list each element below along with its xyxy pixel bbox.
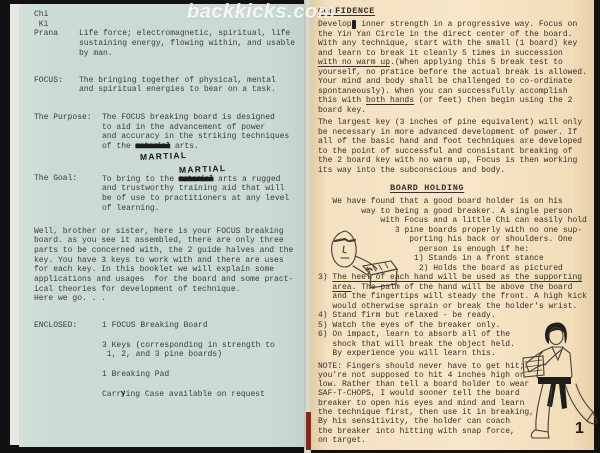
enclosed-items: 1 FOCUS Breaking Board 3 Keys (correspon… bbox=[102, 321, 298, 400]
enclosed-label: ENCLOSED: bbox=[34, 321, 102, 331]
purpose-label: The Purpose: bbox=[34, 113, 102, 123]
terms-definition: Life force; electromagnetic, spiritual, … bbox=[79, 10, 298, 59]
page-edge-strip bbox=[10, 4, 19, 445]
karate-breaker-stance-sketch-icon bbox=[521, 320, 600, 446]
intro-paragraph: Well, brother or sister, here is your FO… bbox=[34, 227, 298, 305]
goal-text: MARTIALTo bring to the material arts a r… bbox=[102, 165, 298, 214]
right-page: CONFIDENCE Develops inner strength in a … bbox=[311, 0, 594, 450]
focus-block: FOCUS: The bringing together of physical… bbox=[34, 76, 298, 95]
goal-block: The Goal: MARTIALTo bring to the materia… bbox=[34, 165, 298, 214]
page-number: 1 bbox=[575, 420, 584, 438]
focus-label: FOCUS: bbox=[34, 76, 79, 86]
left-page-content: Chi KiPrana Life force; electromagnetic,… bbox=[34, 10, 298, 400]
board-holder-closeup-sketch-icon bbox=[317, 226, 405, 296]
confidence-paragraph-2: The largest key (3 inches of pine equiva… bbox=[318, 118, 592, 175]
terms-block: Chi KiPrana Life force; electromagnetic,… bbox=[34, 10, 298, 59]
enclosed-block: ENCLOSED: 1 FOCUS Breaking Board 3 Keys … bbox=[34, 321, 298, 400]
confidence-heading: CONFIDENCE bbox=[318, 6, 592, 16]
left-page: Chi KiPrana Life force; electromagnetic,… bbox=[19, 4, 304, 447]
purpose-block: The Purpose: The FOCUS breaking board is… bbox=[34, 113, 298, 162]
confidence-paragraph-1: Develops inner strength in a progressive… bbox=[318, 20, 592, 115]
scanned-booklet-photo: Chi KiPrana Life force; electromagnetic,… bbox=[0, 0, 600, 453]
goal-label: The Goal: bbox=[34, 165, 102, 184]
board-holding-heading: BOARD HOLDING bbox=[390, 183, 592, 193]
focus-text: The bringing together of physical, menta… bbox=[79, 76, 298, 95]
book-spine-gap bbox=[304, 0, 311, 453]
terms-labels: Chi KiPrana bbox=[34, 10, 79, 39]
purpose-text: The FOCUS breaking board is designedto a… bbox=[102, 113, 298, 162]
